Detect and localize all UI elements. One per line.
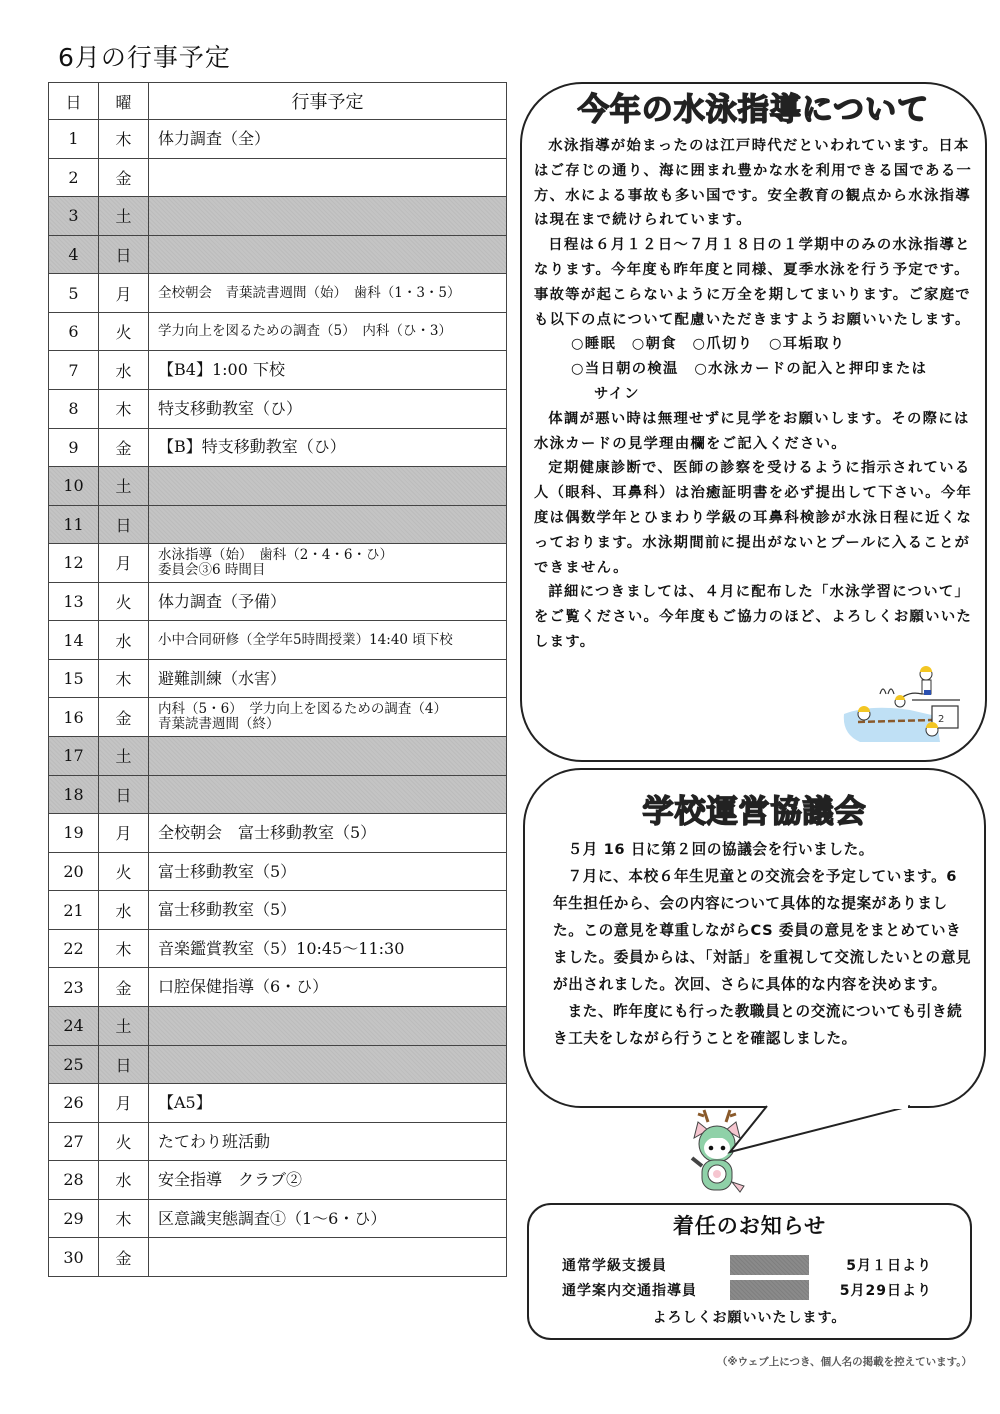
weekday-cell: 木 (99, 1199, 149, 1238)
council-paragraph: ５月 16 日に第２回の協議会を行いました。 (553, 836, 973, 863)
weekday-cell: 月 (99, 274, 149, 313)
day-cell: 3 (49, 197, 99, 236)
table-row: 26月【A5】 (49, 1084, 507, 1123)
events-cell (149, 197, 507, 236)
event-text: 音楽鑑賞教室（5）10:45～11:30 (158, 940, 506, 958)
day-cell: 25 (49, 1045, 99, 1084)
header-events: 行事予定 (149, 83, 507, 120)
table-row: 1木体力調査（全） (49, 120, 507, 159)
event-text: 特支移動教室（ひ） (158, 400, 506, 418)
weekday-cell: 日 (99, 235, 149, 274)
events-cell (149, 775, 507, 814)
event-text: 口腔保健指導（6・ひ） (158, 978, 506, 996)
swimming-paragraph: 詳細につきましては、４月に配布した「水泳学習について」をご覧ください。今年度もご… (534, 580, 979, 654)
council-paragraph: ７月に、本校６年生児童との交流会を予定しています。6 年生担任から、会の内容につ… (553, 863, 973, 998)
day-cell: 20 (49, 852, 99, 891)
school-council-section: 学校運営協議会 ５月 16 日に第２回の協議会を行いました。 ７月に、本校６年生… (523, 768, 986, 1108)
events-cell: 安全指導 クラブ② (149, 1161, 507, 1200)
events-cell: 体力調査（全） (149, 120, 507, 159)
events-cell: 全校朝会 青葉読書週間（始） 歯科（1・3・5） (149, 274, 507, 313)
table-row: 13火体力調査（予備） (49, 582, 507, 621)
events-cell (149, 467, 507, 506)
day-cell: 29 (49, 1199, 99, 1238)
event-text: 全校朝会 青葉読書週間（始） 歯科（1・3・5） (158, 286, 506, 301)
weekday-cell: 月 (99, 544, 149, 583)
events-cell: 体力調査（予備） (149, 582, 507, 621)
events-cell: 避難訓練（水害） (149, 659, 507, 698)
day-cell: 9 (49, 428, 99, 467)
table-row: 22木音楽鑑賞教室（5）10:45～11:30 (49, 929, 507, 968)
day-cell: 23 (49, 968, 99, 1007)
weekday-cell: 木 (99, 120, 149, 159)
table-row: 11日 (49, 505, 507, 544)
table-row: 10土 (49, 467, 507, 506)
table-row: 30金 (49, 1238, 507, 1277)
day-cell: 11 (49, 505, 99, 544)
header-day: 日 (49, 83, 99, 120)
day-cell: 30 (49, 1238, 99, 1277)
notice-date: 5月１日より (846, 1255, 932, 1275)
weekday-cell: 金 (99, 698, 149, 737)
table-row: 29木区意識実態調査①（1～6・ひ） (49, 1199, 507, 1238)
events-cell (149, 505, 507, 544)
table-row: 14水小中合同研修（全学年5時間授業）14:40 頃下校 (49, 621, 507, 660)
weekday-cell: 火 (99, 582, 149, 621)
event-text: 委員会③6 時間目 (158, 563, 506, 578)
event-text: 安全指導 クラブ② (158, 1171, 506, 1189)
new-staff-notice: 着任のお知らせ 通常学級支援員 5月１日より 通学案内交通指導員 5月29日より… (527, 1203, 972, 1340)
table-row: 18日 (49, 775, 507, 814)
weekday-cell: 水 (99, 1161, 149, 1200)
table-row: 6火学力向上を図るための調査（5） 内科（ひ・3） (49, 312, 507, 351)
event-text: 【B】特支移動教室（ひ） (158, 438, 506, 456)
swimming-section: 今年の水泳指導について 水泳指導が始まったのは江戸時代だといわれています。日本は… (520, 82, 987, 762)
events-cell: 【B4】1:00 下校 (149, 351, 507, 390)
event-text: 小中合同研修（全学年5時間授業）14:40 頃下校 (158, 633, 506, 648)
weekday-cell: 日 (99, 505, 149, 544)
weekday-cell: 水 (99, 891, 149, 930)
weekday-cell: 金 (99, 158, 149, 197)
table-row: 27火たてわり班活動 (49, 1122, 507, 1161)
weekday-cell: 金 (99, 968, 149, 1007)
table-row: 3土 (49, 197, 507, 236)
swimming-checklist: サイン (534, 382, 979, 407)
swimming-checklist: ○当日朝の検温 ○水泳カードの記入と押印または (534, 357, 979, 382)
event-text: 内科（5・6） 学力向上を図るための調査（4） (158, 702, 506, 717)
weekday-cell: 土 (99, 467, 149, 506)
day-cell: 10 (49, 467, 99, 506)
day-cell: 6 (49, 312, 99, 351)
day-cell: 14 (49, 621, 99, 660)
table-row: 28水安全指導 クラブ② (49, 1161, 507, 1200)
table-row: 15木避難訓練（水害） (49, 659, 507, 698)
weekday-cell: 月 (99, 1084, 149, 1123)
table-row: 16金内科（5・6） 学力向上を図るための調査（4）青葉読書週間（終） (49, 698, 507, 737)
notice-row: 通学案内交通指導員 5月29日より (562, 1280, 962, 1300)
notice-title: 着任のお知らせ (529, 1210, 970, 1240)
event-text: 富士移動教室（5） (158, 901, 506, 919)
day-cell: 27 (49, 1122, 99, 1161)
day-cell: 2 (49, 158, 99, 197)
weekday-cell: 木 (99, 659, 149, 698)
weekday-cell: 火 (99, 312, 149, 351)
day-cell: 17 (49, 737, 99, 776)
notice-role: 通学案内交通指導員 (562, 1280, 697, 1300)
events-cell: 小中合同研修（全学年5時間授業）14:40 頃下校 (149, 621, 507, 660)
events-cell: 富士移動教室（5） (149, 852, 507, 891)
table-header-row: 日 曜 行事予定 (49, 83, 507, 120)
events-cell (149, 1238, 507, 1277)
day-cell: 4 (49, 235, 99, 274)
event-text: 体力調査（全） (158, 130, 506, 148)
table-row: 7水【B4】1:00 下校 (49, 351, 507, 390)
events-cell: 音楽鑑賞教室（5）10:45～11:30 (149, 929, 507, 968)
day-cell: 16 (49, 698, 99, 737)
day-cell: 18 (49, 775, 99, 814)
weekday-cell: 金 (99, 428, 149, 467)
council-body: ５月 16 日に第２回の協議会を行いました。 ７月に、本校６年生児童との交流会を… (553, 836, 973, 1052)
weekday-cell: 日 (99, 1045, 149, 1084)
events-cell: 口腔保健指導（6・ひ） (149, 968, 507, 1007)
event-text: 【B4】1:00 下校 (158, 361, 506, 379)
events-cell: 【A5】 (149, 1084, 507, 1123)
day-cell: 28 (49, 1161, 99, 1200)
swimming-title: 今年の水泳指導について (522, 92, 985, 128)
table-row: 9金【B】特支移動教室（ひ） (49, 428, 507, 467)
swimming-paragraph: 体調が悪い時は無理せずに見学をお願いします。その際には水泳カードの見学理由欄をご… (534, 407, 979, 457)
page-title: 6月の行事予定 (58, 38, 231, 74)
schedule-body: 1木体力調査（全）2金3土4日5月全校朝会 青葉読書週間（始） 歯科（1・3・5… (49, 120, 507, 1277)
notice-closing: よろしくお願いいたします。 (529, 1307, 970, 1327)
events-cell (149, 1045, 507, 1084)
day-cell: 26 (49, 1084, 99, 1123)
events-cell (149, 235, 507, 274)
events-cell (149, 1006, 507, 1045)
swimming-illustration-icon: 2 (840, 664, 970, 744)
table-row: 8木特支移動教室（ひ） (49, 389, 507, 428)
swimming-paragraph: 定期健康診断で、医師の診察を受けるように指示されている人（眼科、耳鼻科）は治癒証… (534, 456, 979, 580)
event-text: 体力調査（予備） (158, 593, 506, 611)
notice-role: 通常学級支援員 (562, 1255, 667, 1275)
weekday-cell: 月 (99, 814, 149, 853)
day-cell: 12 (49, 544, 99, 583)
day-cell: 5 (49, 274, 99, 313)
weekday-cell: 木 (99, 389, 149, 428)
events-cell: 特支移動教室（ひ） (149, 389, 507, 428)
weekday-cell: 火 (99, 852, 149, 891)
table-row: 4日 (49, 235, 507, 274)
events-cell: 区意識実態調査①（1～6・ひ） (149, 1199, 507, 1238)
event-text: 区意識実態調査①（1～6・ひ） (158, 1210, 506, 1228)
day-cell: 19 (49, 814, 99, 853)
council-title: 学校運営協議会 (525, 794, 984, 830)
table-row: 5月全校朝会 青葉読書週間（始） 歯科（1・3・5） (49, 274, 507, 313)
event-text: 全校朝会 富士移動教室（5） (158, 824, 506, 842)
swimming-body: 水泳指導が始まったのは江戸時代だといわれています。日本はご存じの通り、海に囲まれ… (534, 134, 979, 655)
weekday-cell: 木 (99, 929, 149, 968)
event-text: 学力向上を図るための調査（5） 内科（ひ・3） (158, 324, 506, 339)
events-cell: 水泳指導（始） 歯科（2・4・6・ひ）委員会③6 時間目 (149, 544, 507, 583)
events-cell: 富士移動教室（5） (149, 891, 507, 930)
events-cell: 学力向上を図るための調査（5） 内科（ひ・3） (149, 312, 507, 351)
weekday-cell: 土 (99, 737, 149, 776)
weekday-cell: 土 (99, 197, 149, 236)
redacted-name (730, 1255, 809, 1275)
schedule-table: 日 曜 行事予定 1木体力調査（全）2金3土4日5月全校朝会 青葉読書週間（始）… (48, 82, 507, 1277)
event-text: 富士移動教室（5） (158, 863, 506, 881)
day-cell: 15 (49, 659, 99, 698)
table-row: 25日 (49, 1045, 507, 1084)
day-cell: 22 (49, 929, 99, 968)
event-text: 【A5】 (158, 1094, 506, 1112)
table-row: 17土 (49, 737, 507, 776)
event-text: 水泳指導（始） 歯科（2・4・6・ひ） (158, 548, 506, 563)
event-text: 避難訓練（水害） (158, 670, 506, 688)
table-row: 19月全校朝会 富士移動教室（5） (49, 814, 507, 853)
table-row: 2金 (49, 158, 507, 197)
table-row: 23金口腔保健指導（6・ひ） (49, 968, 507, 1007)
weekday-cell: 火 (99, 1122, 149, 1161)
table-row: 12月水泳指導（始） 歯科（2・4・6・ひ）委員会③6 時間目 (49, 544, 507, 583)
events-cell: 内科（5・6） 学力向上を図るための調査（4）青葉読書週間（終） (149, 698, 507, 737)
events-cell: 【B】特支移動教室（ひ） (149, 428, 507, 467)
events-cell: 全校朝会 富士移動教室（5） (149, 814, 507, 853)
privacy-footnote: （※ウェブ上につき、個人名の掲載を控えています。） (717, 1354, 972, 1369)
notice-date: 5月29日より (840, 1280, 932, 1300)
weekday-cell: 土 (99, 1006, 149, 1045)
day-cell: 1 (49, 120, 99, 159)
weekday-cell: 水 (99, 621, 149, 660)
weekday-cell: 金 (99, 1238, 149, 1277)
day-cell: 24 (49, 1006, 99, 1045)
events-cell (149, 158, 507, 197)
redacted-name (730, 1280, 809, 1300)
table-row: 24土 (49, 1006, 507, 1045)
day-cell: 13 (49, 582, 99, 621)
event-text: 青葉読書週間（終） (158, 717, 506, 732)
swimming-paragraph: 日程は６月１２日～７月１８日の１学期中のみの水泳指導となります。今年度も昨年度と… (534, 233, 979, 332)
council-paragraph: また、昨年度にも行った教職員との交流についても引き続き工夫をしながら行うことを確… (553, 998, 973, 1052)
events-cell (149, 737, 507, 776)
weekday-cell: 日 (99, 775, 149, 814)
swimming-checklist: ○睡眠 ○朝食 ○爪切り ○耳垢取り (534, 332, 979, 357)
events-cell: たてわり班活動 (149, 1122, 507, 1161)
weekday-cell: 水 (99, 351, 149, 390)
day-cell: 7 (49, 351, 99, 390)
table-row: 20火富士移動教室（5） (49, 852, 507, 891)
event-text: たてわり班活動 (158, 1133, 506, 1151)
speech-bubble-tail (515, 1090, 995, 1200)
header-weekday: 曜 (99, 83, 149, 120)
swimming-paragraph: 水泳指導が始まったのは江戸時代だといわれています。日本はご存じの通り、海に囲まれ… (534, 134, 979, 233)
svg-text:2: 2 (938, 714, 944, 725)
table-row: 21水富士移動教室（5） (49, 891, 507, 930)
notice-row: 通常学級支援員 5月１日より (562, 1255, 962, 1275)
day-cell: 8 (49, 389, 99, 428)
day-cell: 21 (49, 891, 99, 930)
